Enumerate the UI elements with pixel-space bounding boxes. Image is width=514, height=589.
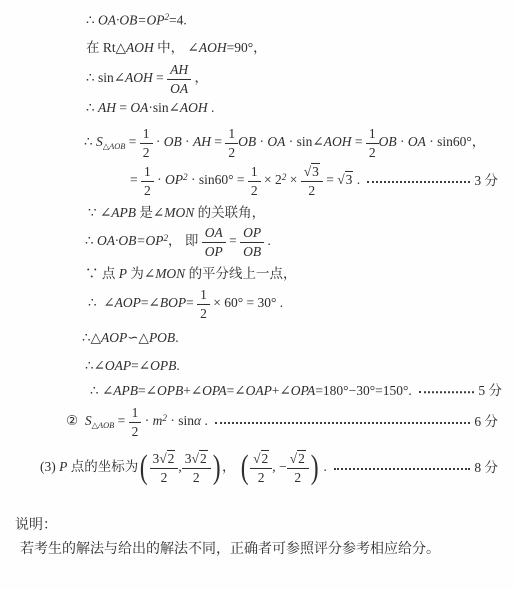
fraction: 3√22: [182, 451, 211, 485]
math-text: AOH: [180, 100, 208, 115]
math-text: POB: [149, 330, 175, 345]
fraction: √22: [287, 451, 309, 485]
dotted-leader: [215, 422, 471, 424]
math-text: ·: [154, 172, 165, 187]
math-text: APB: [111, 205, 136, 220]
math-text: =: [114, 413, 128, 428]
fraction: √32: [301, 164, 323, 198]
math-text: 的关联角，: [194, 205, 265, 220]
math-text: 2: [258, 470, 265, 485]
math-text: OB: [379, 134, 397, 149]
line-content: (3) P 点的坐标为(3√22,3√22)， (√22, −√22) .: [40, 451, 327, 485]
line-content: ∴ ∠APB=∠OPB+∠OPA=∠OAP+∠OPA=180°−30°=150°…: [90, 383, 412, 399]
math-text: 2: [228, 145, 235, 160]
math-text: =: [323, 172, 337, 187]
math-text: OA: [267, 134, 285, 149]
line-content: ∴∠OAP=∠OPB.: [85, 358, 180, 374]
math-text: 是∠: [136, 205, 164, 220]
radicand: 3: [311, 163, 320, 179]
line-content: ∴△AOP∽△POB.: [82, 330, 179, 346]
fraction-denominator: 2: [366, 144, 379, 161]
math-text: ∵ ∠: [88, 205, 111, 220]
fraction-denominator: 2: [150, 469, 179, 486]
math-text: BOP: [160, 295, 186, 310]
math-text: AH: [170, 62, 188, 77]
square-root: √2: [159, 450, 175, 466]
paren-contents: 3√22,3√22: [150, 451, 211, 485]
math-text: OA: [170, 81, 188, 96]
math-text: AOP: [115, 295, 141, 310]
math-text: OPA: [291, 383, 316, 398]
fraction-numerator: 1: [248, 164, 261, 182]
math-text: ∴∠: [85, 358, 105, 373]
math-text: 2: [144, 183, 151, 198]
math-text: =∠: [141, 295, 160, 310]
math-text: =: [351, 134, 365, 149]
fraction-denominator: 2: [129, 423, 142, 440]
math-text: OB: [164, 134, 182, 149]
math-text: OA·OB=OP: [98, 12, 164, 27]
fraction-denominator: 2: [140, 144, 153, 161]
line-similar-triangles: ∴△AOP∽△POB.: [82, 330, 179, 346]
math-text: OP: [165, 172, 183, 187]
left-paren: (: [241, 454, 249, 483]
math-text: · sin∠: [285, 134, 323, 149]
math-text: AH: [98, 100, 116, 115]
line-area-aob: ∴ S△AOB = 12 · OB · AH = 12OB · OA · sin…: [84, 126, 485, 160]
math-text: ×: [286, 172, 300, 187]
math-text: ∴ ∠: [88, 295, 115, 310]
note-title: 说明：: [15, 514, 57, 534]
math-text: ∴: [84, 134, 96, 149]
fraction-numerator: √2: [287, 451, 309, 469]
math-text: ·sin∠: [148, 100, 180, 115]
math-text: ∴ sin∠: [86, 70, 125, 85]
line-content: ∴ AH = OA·sin∠AOH .: [86, 100, 214, 116]
solution-document: ∴ OA·OB=OP2=4.在 Rt△AOH 中， ∠AOH=90°，∴ sin…: [0, 0, 514, 589]
fraction-numerator: AH: [167, 62, 191, 80]
line-content: ② S△AOB = 12 · m2 · sinα .: [66, 405, 208, 439]
score-label: 3 分: [474, 173, 498, 189]
fraction: OPOB: [240, 225, 264, 259]
math-text: OPA: [202, 383, 227, 398]
math-text: 的平分线上一点，: [185, 266, 296, 281]
fraction-numerator: OP: [240, 225, 264, 243]
fraction-numerator: 1: [225, 126, 238, 144]
math-text: +∠: [183, 383, 202, 398]
fraction: 12: [366, 126, 379, 160]
math-text: △AOB: [92, 421, 115, 430]
line-content: = 12 · OP2 · sin60° = 12 × 22 × √32 = √3…: [130, 164, 360, 198]
radical-sign: √: [304, 164, 311, 179]
math-text: × 60° = 30° .: [210, 295, 283, 310]
math-text: OA: [408, 134, 426, 149]
radical-sign: √: [290, 451, 297, 466]
math-text: 1: [132, 405, 139, 420]
square-root: √2: [290, 450, 306, 466]
line-part2-area: ② S△AOB = 12 · m2 · sinα .6 分: [66, 405, 498, 439]
line-oap-opb: ∴∠OAP=∠OPB.: [85, 358, 180, 374]
math-text: =: [125, 134, 139, 149]
dotted-leader: [367, 181, 470, 183]
math-text: · sin: [167, 413, 194, 428]
line-sin-aoh: ∴ sin∠AOH = AHOA ，: [86, 62, 208, 96]
math-text: ·: [182, 134, 193, 149]
math-text: .: [175, 330, 178, 345]
math-text: ∽△: [127, 330, 149, 345]
math-text: , −: [272, 459, 286, 474]
math-text: AOH: [324, 134, 352, 149]
math-text: =: [130, 172, 141, 187]
math-text: =∠: [227, 383, 246, 398]
fraction-denominator: OA: [167, 80, 191, 97]
math-text: =4.: [169, 12, 187, 27]
math-text: ∴△: [82, 330, 101, 345]
fraction: 12: [141, 164, 154, 198]
line-content: ∵ ∠APB 是∠MON 的关联角，: [88, 205, 265, 221]
math-text: ，: [191, 70, 208, 85]
line-aop-bop: ∴ ∠AOP=∠BOP= 12 × 60° = 30° .: [88, 287, 283, 321]
fraction-numerator: 1: [366, 126, 379, 144]
math-text: OB: [238, 134, 256, 149]
math-text: AOP: [101, 330, 127, 345]
math-text: ②: [66, 413, 85, 428]
math-text: OPB: [157, 383, 183, 398]
radical-sign: √: [192, 451, 199, 466]
square-root: √3: [337, 171, 353, 187]
math-text: AOH: [126, 40, 154, 55]
square-root: √3: [304, 163, 320, 179]
math-text: =90°，: [227, 40, 267, 55]
math-text: APB: [113, 383, 138, 398]
math-text: ·: [256, 134, 267, 149]
parenthesized-pair: (3√22,3√22): [138, 451, 222, 485]
math-text: =: [226, 233, 240, 248]
parenthesized-pair: (√22, −√22): [239, 451, 320, 485]
radical-sign: √: [337, 172, 344, 187]
fraction-numerator: 3√2: [150, 451, 179, 469]
math-text: × 2: [261, 172, 282, 187]
fraction-denominator: OP: [202, 243, 226, 260]
math-text: ∴: [86, 100, 98, 115]
line-content: ∴ ∠AOP=∠BOP= 12 × 60° = 30° .: [88, 287, 283, 321]
radical-sign: √: [159, 451, 166, 466]
right-paren: ): [212, 454, 220, 483]
math-text: ，: [222, 459, 239, 474]
math-text: =: [211, 134, 225, 149]
math-text: 点的坐标为: [67, 459, 138, 474]
math-text: S: [96, 134, 103, 149]
math-text: 2: [193, 470, 200, 485]
fraction: 12: [129, 405, 142, 439]
fraction: 12: [248, 164, 261, 198]
line-apb-150: ∴ ∠APB=∠OPB+∠OPA=∠OAP+∠OPA=180°−30°=150°…: [90, 383, 502, 399]
math-text: =180°−30°=150°.: [315, 383, 411, 398]
math-text: .: [176, 358, 179, 373]
line-content: ∵ 点 P 为∠MON 的平分线上一点，: [85, 266, 297, 282]
fraction-denominator: 2: [182, 469, 211, 486]
math-text: .: [201, 413, 208, 428]
radicand: 2: [297, 450, 306, 466]
math-text: 在 Rt△: [86, 40, 126, 55]
fraction: 12: [140, 126, 153, 160]
math-text: OP: [243, 225, 261, 240]
math-text: 2: [308, 183, 315, 198]
fraction-denominator: 2: [248, 182, 261, 199]
paren-contents: √22, −√22: [250, 451, 309, 485]
math-text: 1: [143, 126, 150, 141]
radicand: 2: [261, 450, 270, 466]
math-text: ·: [141, 413, 152, 428]
math-text: 3: [185, 451, 192, 466]
note-body: 若考生的解法与给出的解法不同，正确者可参照评分参考相应给分。: [20, 538, 440, 558]
math-text: AOH: [199, 40, 227, 55]
fraction-denominator: 2: [250, 469, 272, 486]
math-text: OA: [130, 100, 148, 115]
fraction-numerator: OA: [202, 225, 226, 243]
radicand: 2: [167, 450, 176, 466]
line-content: ∴ sin∠AOH = AHOA ，: [86, 62, 208, 96]
math-text: S: [85, 413, 92, 428]
fraction-denominator: 2: [225, 144, 238, 161]
line-content: ∴ OA·OB=OP2=4.: [86, 12, 187, 28]
math-text: 1: [200, 287, 207, 302]
line-content: 在 Rt△AOH 中， ∠AOH=90°，: [86, 40, 267, 56]
math-text: 2: [369, 145, 376, 160]
math-text: =: [116, 100, 130, 115]
math-text: =∠: [138, 383, 157, 398]
fraction-denominator: 2: [287, 469, 309, 486]
math-text: 2: [251, 183, 258, 198]
fraction: AHOA: [167, 62, 191, 96]
math-text: 2: [200, 306, 207, 321]
math-text: OAP: [105, 358, 131, 373]
math-text: ∴ ∠: [90, 383, 113, 398]
math-text: OP: [205, 244, 223, 259]
math-text: · sin60°，: [426, 134, 485, 149]
math-text: OAP: [246, 383, 272, 398]
fraction: 12: [225, 126, 238, 160]
math-text: 1: [228, 126, 235, 141]
fraction-numerator: 1: [140, 126, 153, 144]
fraction-numerator: √2: [250, 451, 272, 469]
left-paren: (: [140, 454, 148, 483]
math-text: OA·OB=OP: [97, 233, 163, 248]
math-text: +∠: [272, 383, 291, 398]
math-text: ∴: [85, 233, 97, 248]
math-text: ∴: [86, 12, 98, 27]
math-text: .: [264, 233, 271, 248]
math-text: =: [186, 295, 197, 310]
math-text: 1: [144, 164, 151, 179]
fraction: √22: [250, 451, 272, 485]
line-point-p-bisector: ∵ 点 P 为∠MON 的平分线上一点，: [85, 266, 297, 282]
line-oa-ob-ratio: ∴ OA·OB=OP2， 即 OAOP = OPOB .: [85, 225, 271, 259]
math-text: P: [119, 266, 127, 281]
fraction-numerator: 3√2: [182, 451, 211, 469]
radical-sign: √: [253, 451, 260, 466]
math-text: 2: [294, 470, 301, 485]
fraction: OAOP: [202, 225, 226, 259]
math-text: .: [320, 459, 327, 474]
math-text: 中， ∠: [154, 40, 199, 55]
math-text: 2: [132, 424, 139, 439]
math-text: =: [153, 70, 167, 85]
square-root: √2: [192, 450, 208, 466]
fraction-numerator: √3: [301, 164, 323, 182]
line-content: ∴ OA·OB=OP2， 即 OAOP = OPOB .: [85, 225, 271, 259]
fraction: 12: [197, 287, 210, 321]
math-text: ·: [397, 134, 408, 149]
dotted-leader: [334, 468, 471, 470]
math-text: △AOB: [103, 142, 126, 151]
line-rt-aoh: 在 Rt△AOH 中， ∠AOH=90°，: [86, 40, 267, 56]
math-text: MON: [155, 266, 185, 281]
math-text: 1: [251, 164, 258, 179]
math-text: MON: [164, 205, 194, 220]
score-label: 8 分: [474, 460, 498, 476]
line-part3-coordinates: (3) P 点的坐标为(3√22,3√22)， (√22, −√22) .8 分: [40, 451, 498, 485]
math-text: OPB: [150, 358, 176, 373]
fraction-denominator: OB: [240, 243, 264, 260]
fraction: 3√22: [150, 451, 179, 485]
line-apb-guanlian: ∵ ∠APB 是∠MON 的关联角，: [88, 205, 265, 221]
line-content: ∴ S△AOB = 12 · OB · AH = 12OB · OA · sin…: [84, 126, 485, 160]
fraction-denominator: 2: [197, 305, 210, 322]
math-text: ∵ 点: [85, 266, 119, 281]
math-text: 为∠: [127, 266, 155, 281]
line-ah-oa-sin: ∴ AH = OA·sin∠AOH .: [86, 100, 214, 116]
math-text: AOH: [125, 70, 153, 85]
line-oa-ob-op2: ∴ OA·OB=OP2=4.: [86, 12, 187, 28]
square-root: √2: [253, 450, 269, 466]
fraction-numerator: 1: [129, 405, 142, 423]
fraction-denominator: 2: [141, 182, 154, 199]
math-text: 2: [161, 470, 168, 485]
dotted-leader: [419, 391, 475, 393]
score-label: 5 分: [478, 383, 502, 399]
math-text: ·: [153, 134, 164, 149]
math-text: .: [353, 172, 360, 187]
math-text: 1: [369, 126, 376, 141]
fraction-numerator: 1: [197, 287, 210, 305]
line-area-value: = 12 · OP2 · sin60° = 12 × 22 × √32 = √3…: [130, 164, 498, 198]
math-text: 2: [143, 145, 150, 160]
math-text: OB: [243, 244, 261, 259]
math-text: ， 即: [168, 233, 202, 248]
fraction-denominator: 2: [301, 182, 323, 199]
math-text: AH: [193, 134, 211, 149]
score-label: 6 分: [474, 414, 498, 430]
math-text: (3): [40, 459, 59, 474]
math-text: · sin60° =: [188, 172, 248, 187]
radicand: 2: [199, 450, 208, 466]
math-text: .: [208, 100, 215, 115]
math-text: =∠: [131, 358, 150, 373]
right-paren: ): [311, 454, 319, 483]
fraction-numerator: 1: [141, 164, 154, 182]
math-text: m: [153, 413, 163, 428]
math-text: OA: [205, 225, 223, 240]
